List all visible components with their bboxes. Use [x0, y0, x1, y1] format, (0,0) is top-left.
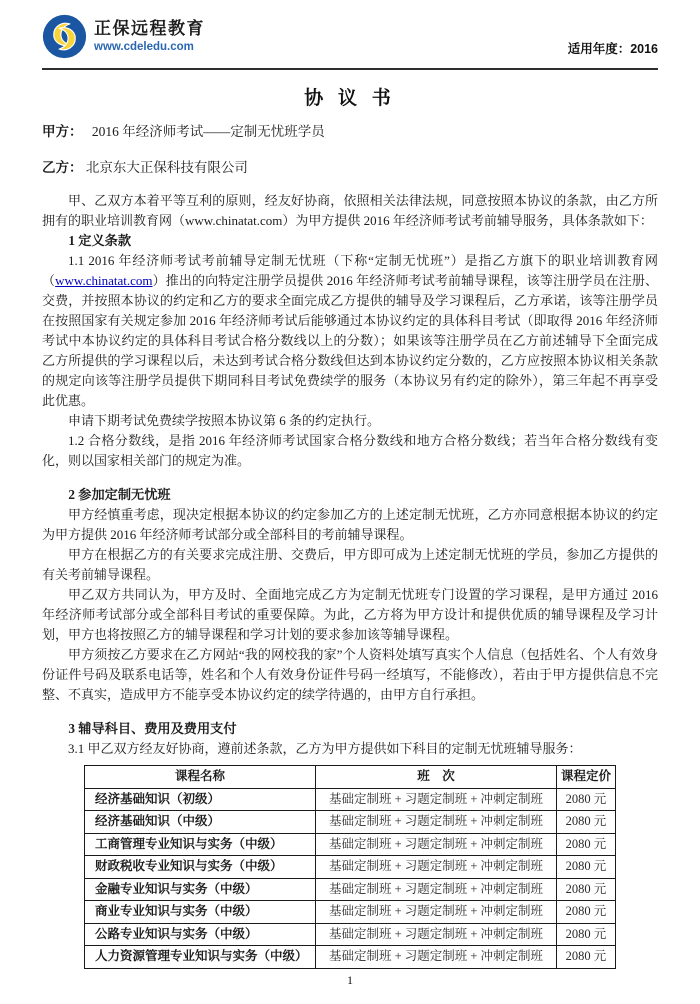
classes-cell: 基础定制班 + 习题定制班 + 冲刺定制班 [316, 923, 557, 946]
paragraph: 1.1 2016 年经济师考试考前辅导定制无忧班（下称“定制无忧班”）是指乙方旗… [42, 251, 658, 411]
brand-name: 正保远程教育 [94, 20, 205, 39]
course-cell: 经济基础知识（中级） [85, 811, 316, 834]
paragraph: 甲方在根据乙方的有关要求完成注册、交费后，甲方即可成为上述定制无忧班的学员，参加… [42, 545, 658, 585]
price-cell: 2080 元 [557, 788, 616, 811]
course-cell: 商业专业知识与实务（中级） [85, 901, 316, 924]
price-cell: 2080 元 [557, 856, 616, 879]
column-header-0: 课程名称 [85, 766, 316, 789]
course-cell: 公路专业知识与实务（中级） [85, 923, 316, 946]
document-page: 正保远程教育 www.cdeledu.com 适用年度：2016 协 议 书 甲… [0, 0, 700, 1004]
paragraph: 3.1 甲乙双方经友好协商，遵前述条款，乙方为甲方提供如下科目的定制无忧班辅导服… [42, 739, 658, 759]
paragraph: 甲方经慎重考虑，现决定根据本协议的约定参加乙方的上述定制无忧班，乙方亦同意根据本… [42, 505, 658, 545]
brand-website: www.cdeledu.com [94, 41, 205, 54]
price-cell: 2080 元 [557, 901, 616, 924]
course-table-head: 课程名称班 次课程定价 [85, 766, 616, 789]
paragraph: 甲乙双方共同认为，甲方及时、全面地完成乙方为定制无忧班专门设置的学习课程，是甲方… [42, 585, 658, 645]
party-b-label: 乙方： [42, 160, 83, 175]
party-b-line: 乙方： 北京东大正保科技有限公司 [42, 156, 658, 176]
classes-cell: 基础定制班 + 习题定制班 + 冲刺定制班 [316, 811, 557, 834]
course-cell: 工商管理专业知识与实务（中级） [85, 833, 316, 856]
classes-cell: 基础定制班 + 习题定制班 + 冲刺定制班 [316, 788, 557, 811]
course-cell: 人力资源管理专业知识与实务（中级） [85, 946, 316, 969]
page-header: 正保远程教育 www.cdeledu.com 适用年度：2016 [42, 14, 658, 70]
brand-text: 正保远程教育 www.cdeledu.com [94, 20, 205, 53]
classes-cell: 基础定制班 + 习题定制班 + 冲刺定制班 [316, 833, 557, 856]
table-row: 人力资源管理专业知识与实务（中级）基础定制班 + 习题定制班 + 冲刺定制班20… [85, 946, 616, 969]
classes-cell: 基础定制班 + 习题定制班 + 冲刺定制班 [316, 946, 557, 969]
table-row: 经济基础知识（中级）基础定制班 + 习题定制班 + 冲刺定制班2080 元 [85, 811, 616, 834]
section-heading: 3 辅导科目、费用及费用支付 [42, 719, 658, 739]
company-logo-icon [42, 14, 87, 59]
price-cell: 2080 元 [557, 811, 616, 834]
course-table: 课程名称班 次课程定价 经济基础知识（初级）基础定制班 + 习题定制班 + 冲刺… [84, 765, 616, 969]
page-title: 协 议 书 [42, 83, 658, 110]
page-number: 1 [0, 973, 700, 988]
applicable-year-label: 适用年度：2016 [568, 39, 658, 59]
table-row: 金融专业知识与实务（中级）基础定制班 + 习题定制班 + 冲刺定制班2080 元 [85, 878, 616, 901]
course-table-body: 经济基础知识（初级）基础定制班 + 习题定制班 + 冲刺定制班2080 元经济基… [85, 788, 616, 968]
course-cell: 经济基础知识（初级） [85, 788, 316, 811]
column-header-2: 课程定价 [557, 766, 616, 789]
price-cell: 2080 元 [557, 878, 616, 901]
party-a-label: 甲方： [42, 124, 83, 139]
table-row: 商业专业知识与实务（中级）基础定制班 + 习题定制班 + 冲刺定制班2080 元 [85, 901, 616, 924]
header-row: 课程名称班 次课程定价 [85, 766, 616, 789]
paragraph: 甲方须按乙方要求在乙方网站“我的网校我的家”个人资料处填写真实个人信息（包括姓名… [42, 645, 658, 705]
chinatat-link[interactable]: www.chinatat.com [55, 273, 152, 288]
classes-cell: 基础定制班 + 习题定制班 + 冲刺定制班 [316, 878, 557, 901]
section-heading: 1 定义条款 [42, 231, 658, 251]
course-cell: 金融专业知识与实务（中级） [85, 878, 316, 901]
price-cell: 2080 元 [557, 833, 616, 856]
party-b-value: 北京东大正保科技有限公司 [86, 160, 248, 175]
classes-cell: 基础定制班 + 习题定制班 + 冲刺定制班 [316, 856, 557, 879]
paragraph: 申请下期考试免费续学按照本协议第 6 条的约定执行。 [42, 411, 658, 431]
column-header-1: 班 次 [316, 766, 557, 789]
table-row: 工商管理专业知识与实务（中级）基础定制班 + 习题定制班 + 冲刺定制班2080… [85, 833, 616, 856]
course-cell: 财政税收专业知识与实务（中级） [85, 856, 316, 879]
table-row: 财政税收专业知识与实务（中级）基础定制班 + 习题定制班 + 冲刺定制班2080… [85, 856, 616, 879]
price-cell: 2080 元 [557, 923, 616, 946]
party-a-value: 2016 年经济师考试——定制无忧班学员 [92, 124, 325, 139]
brand-block: 正保远程教育 www.cdeledu.com [42, 14, 205, 59]
table-row: 公路专业知识与实务（中级）基础定制班 + 习题定制班 + 冲刺定制班2080 元 [85, 923, 616, 946]
table-row: 经济基础知识（初级）基础定制班 + 习题定制班 + 冲刺定制班2080 元 [85, 788, 616, 811]
document-blocks: 甲、乙双方本着平等互利的原则，经友好协商，依照相关法律法规，同意按照本协议的条款… [42, 191, 658, 759]
party-a-line: 甲方： 2016 年经济师考试——定制无忧班学员 [42, 120, 658, 140]
classes-cell: 基础定制班 + 习题定制班 + 冲刺定制班 [316, 901, 557, 924]
section-heading: 2 参加定制无忧班 [42, 485, 658, 505]
price-cell: 2080 元 [557, 946, 616, 969]
paragraph: 甲、乙双方本着平等互利的原则，经友好协商，依照相关法律法规，同意按照本协议的条款… [42, 191, 658, 231]
paragraph: 1.2 合格分数线，是指 2016 年经济师考试国家合格分数线和地方合格分数线；… [42, 431, 658, 471]
